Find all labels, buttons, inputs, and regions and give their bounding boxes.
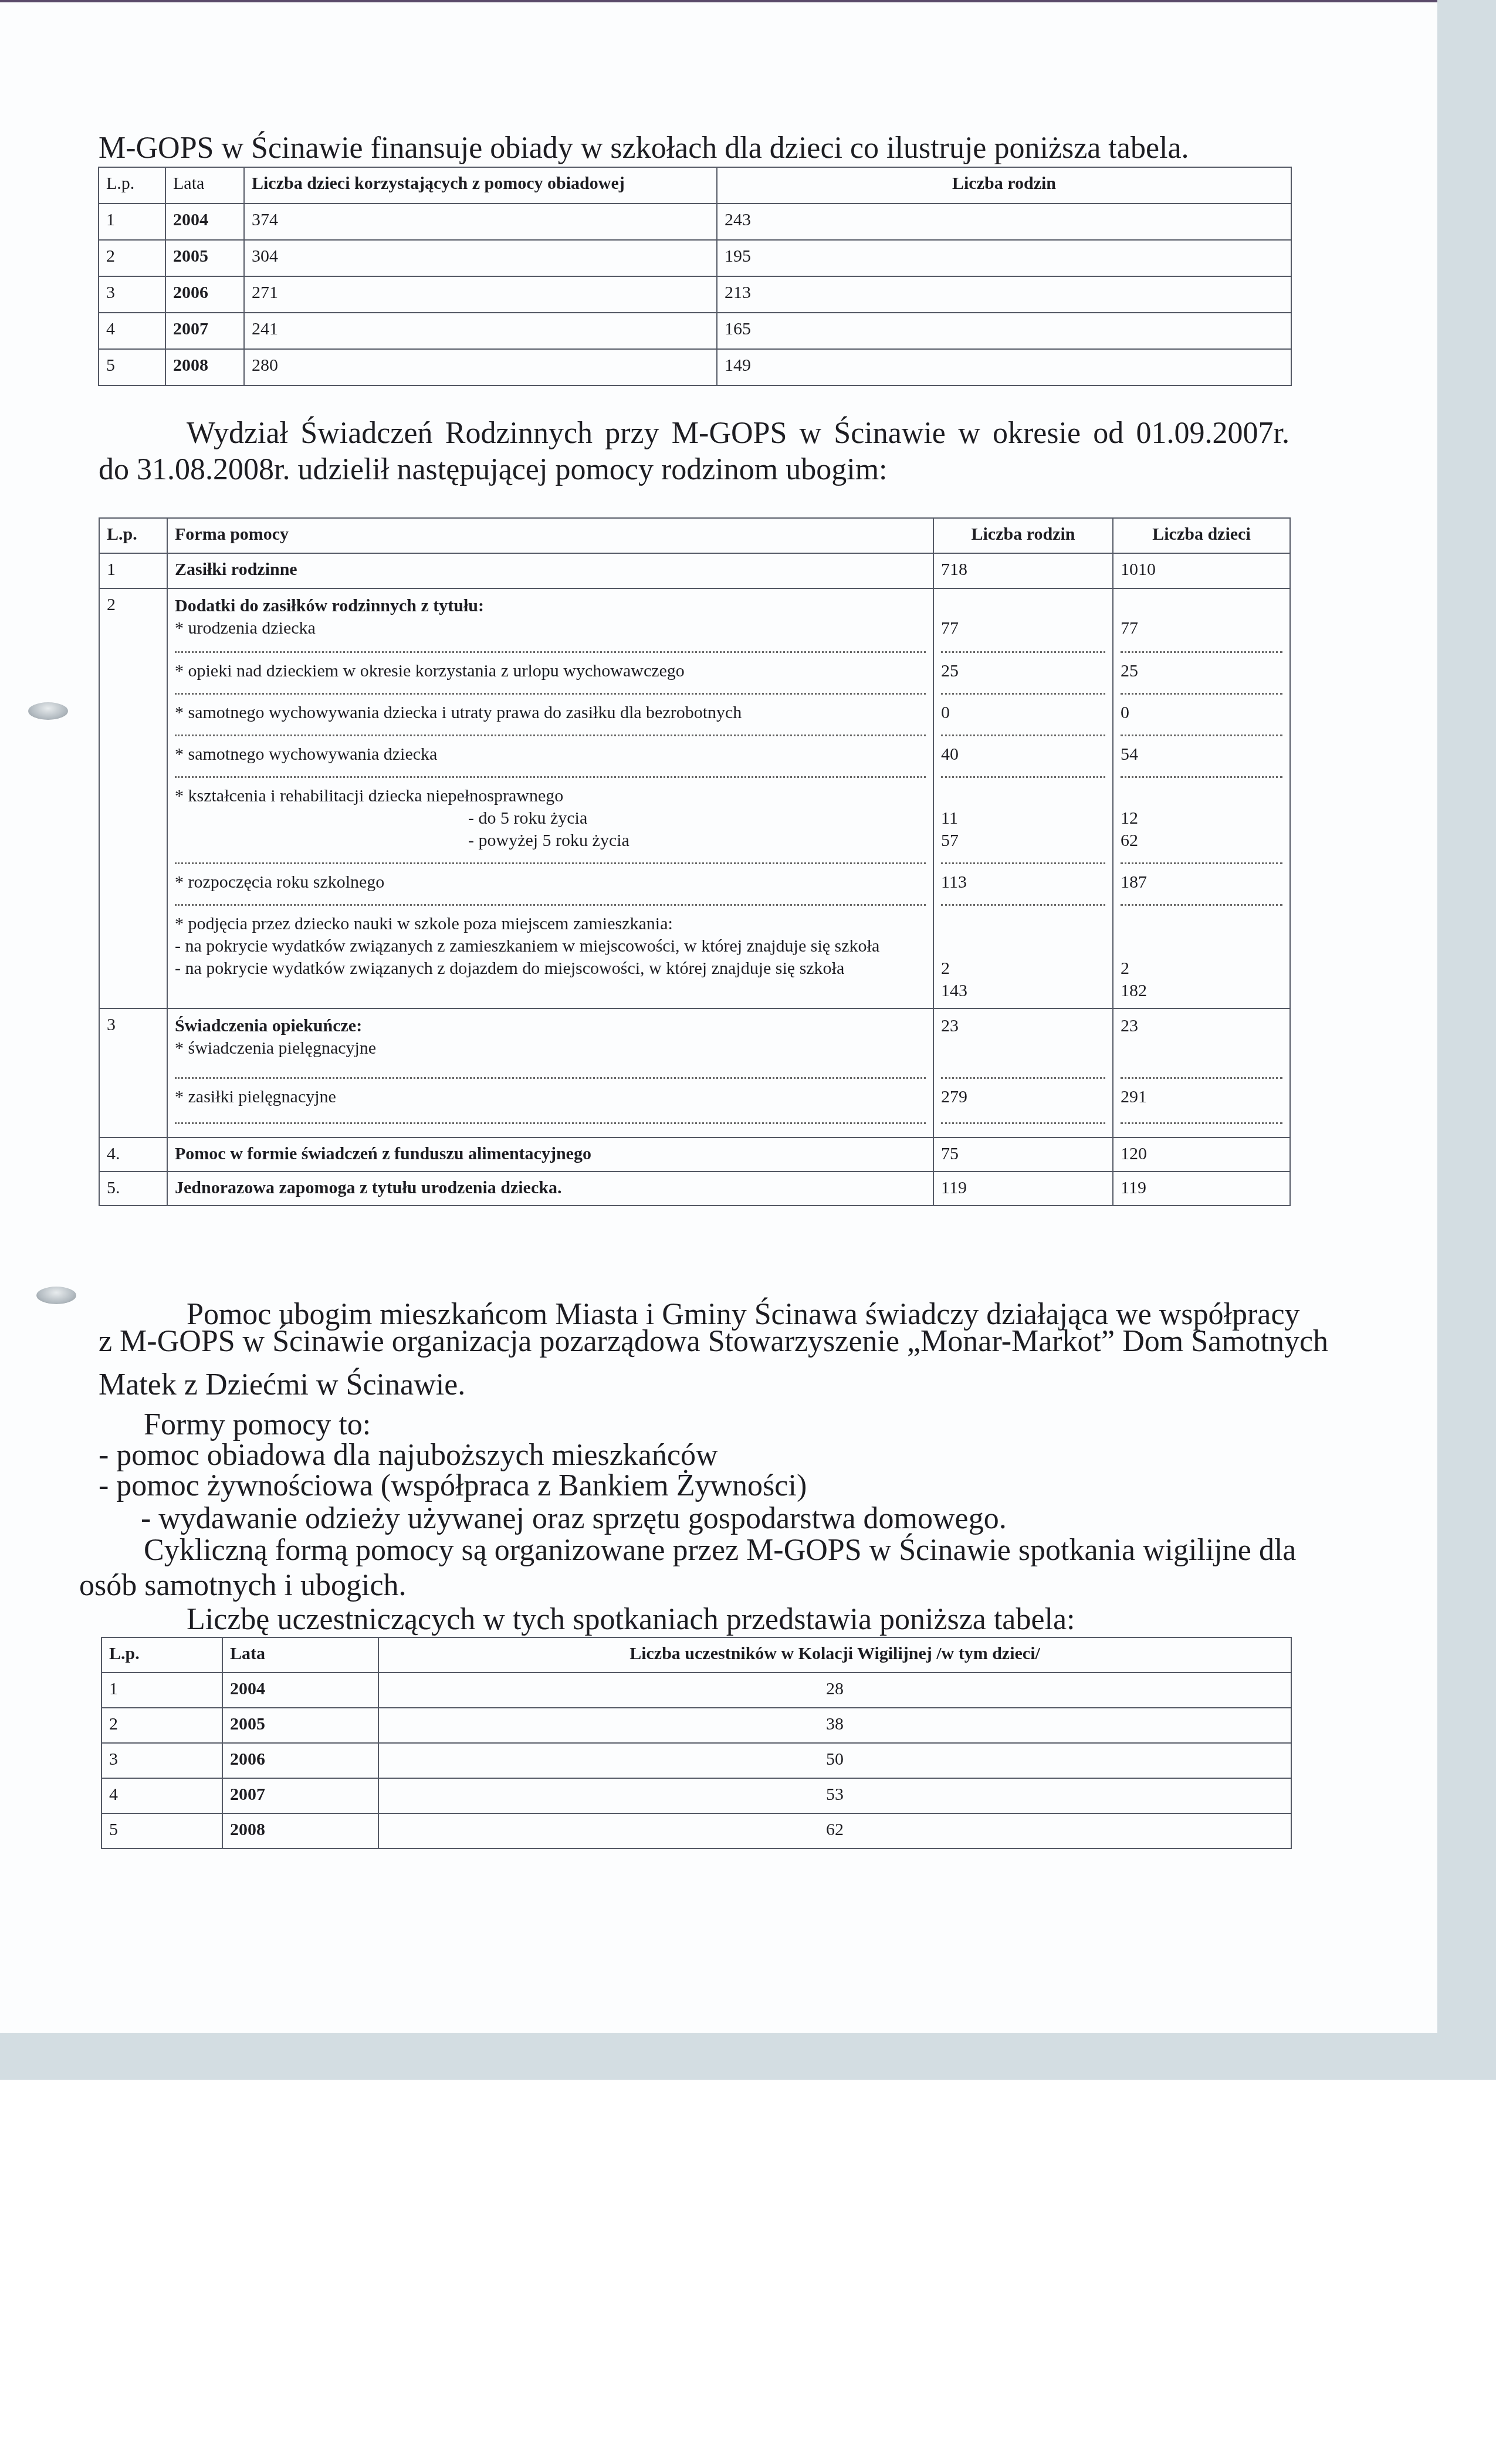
dotted-separator [941, 693, 1105, 695]
forms-item: - pomoc żywnościowa (współpraca z Bankie… [99, 1468, 807, 1504]
dotted-separator [1121, 776, 1282, 778]
cell-lp: 1 [99, 553, 167, 588]
value: 12 [1121, 807, 1282, 830]
table-row: 1 2004 374 243 [99, 204, 1291, 240]
dotted-separator [175, 1077, 926, 1079]
cell-lp: 4 [101, 1778, 222, 1813]
dotted-separator [1121, 862, 1282, 864]
cell-lp: 2 [99, 240, 165, 276]
intro-meals-text: M-GOPS w Ścinawie finansuje obiady w szk… [99, 130, 1189, 167]
header-families: Liczba rodzin [717, 167, 1291, 204]
item-sublabel: - powyżej 5 roku życia [175, 830, 926, 852]
cell-form: Dodatki do zasiłków rodzinnych z tytułu:… [167, 588, 933, 1008]
cell-families: 165 [717, 313, 1291, 349]
dotted-separator [941, 1077, 1105, 1079]
item-label: * podjęcia przez dziecko nauki w szkole … [175, 913, 926, 935]
value: 23 [941, 1015, 1105, 1037]
cell-families: 718 [933, 553, 1113, 588]
cell-year: 2005 [165, 240, 244, 276]
item-label: * samotnego wychowywania dziecka [175, 743, 926, 766]
cell-children: 119 [1113, 1172, 1290, 1206]
value: 57 [941, 830, 1105, 852]
table-header-row: L.p. Lata Liczba uczestników w Kolacji W… [101, 1637, 1291, 1673]
value: 77 [1121, 617, 1282, 639]
table-row: 1 2004 28 [101, 1673, 1291, 1708]
benefits-table: L.p. Forma pomocy Liczba rodzin Liczba d… [99, 517, 1291, 1206]
value: 187 [1121, 871, 1282, 893]
table-row: 3 Świadczenia opiekuńcze: * świadczenia … [99, 1008, 1290, 1138]
item-label: * świadczenia pielęgnacyjne [175, 1037, 926, 1060]
dotted-separator [175, 1122, 926, 1124]
cell-lp: 4. [99, 1138, 167, 1172]
header-lp: L.p. [101, 1637, 222, 1673]
cell-lp: 5 [99, 349, 165, 385]
cell-lp: 3 [99, 1008, 167, 1138]
value: 25 [941, 660, 1105, 682]
dotted-separator [175, 651, 926, 653]
cell-families: 195 [717, 240, 1291, 276]
header-children: Liczba dzieci [1113, 518, 1290, 553]
value: 0 [941, 702, 1105, 724]
table-row: 5. Jednorazowa zapomoga z tytułu urodzen… [99, 1172, 1290, 1206]
cell-families: 77 25 0 40 11 57 113 2 143 [933, 588, 1113, 1008]
ngo-para-line3: Matek z Dziećmi w Ścinawie. [99, 1367, 465, 1403]
cell-families: 149 [717, 349, 1291, 385]
ngo-para-line2: z M-GOPS w Ścinawie organizacja pozarząd… [99, 1324, 1289, 1360]
table-row: 1 Zasiłki rodzinne 718 1010 [99, 553, 1290, 588]
meals-table: L.p. Lata Liczba dzieci korzystających z… [98, 167, 1292, 386]
cell-children: 271 [244, 276, 717, 313]
cell-form: Pomoc w formie świadczeń z funduszu alim… [167, 1138, 933, 1172]
christmas-para-line2: osób samotnych i ubogich. [79, 1568, 407, 1604]
cell-children: 304 [244, 240, 717, 276]
item-label: * kształcenia i rehabilitacji dziecka ni… [175, 785, 926, 807]
cell-year: 2007 [165, 313, 244, 349]
cell-count: 53 [378, 1778, 1291, 1813]
cell-count: 62 [378, 1813, 1291, 1849]
table-row: 2 2005 38 [101, 1708, 1291, 1743]
item-sublabel: - na pokrycie wydatków związanych z zami… [175, 935, 926, 957]
header-count: Liczba uczestników w Kolacji Wigilijnej … [378, 1637, 1291, 1673]
cell-children: 374 [244, 204, 717, 240]
dotted-separator [1121, 904, 1282, 906]
value: 2 [1121, 957, 1282, 980]
value: 0 [1121, 702, 1282, 724]
table-row: 3 2006 271 213 [99, 276, 1291, 313]
dotted-separator [941, 651, 1105, 653]
forms-item: - wydawanie odzieży używanej oraz sprzęt… [141, 1501, 1007, 1537]
header-lp: L.p. [99, 167, 165, 204]
dotted-separator [941, 1122, 1105, 1124]
group-label: Świadczenia opiekuńcze: [175, 1015, 926, 1037]
dotted-separator [175, 776, 926, 778]
cell-year: 2007 [222, 1778, 378, 1813]
cell-lp: 5 [101, 1813, 222, 1849]
header-lp: L.p. [99, 518, 167, 553]
cell-children: 241 [244, 313, 717, 349]
dotted-separator [1121, 693, 1282, 695]
value: 2 [941, 957, 1105, 980]
dotted-separator [941, 862, 1105, 864]
item-sublabel: - na pokrycie wydatków związanych z doja… [175, 957, 926, 980]
cell-families: 23 279 [933, 1008, 1113, 1138]
value: 77 [941, 617, 1105, 639]
item-label: * samotnego wychowywania dziecka i utrat… [175, 702, 926, 724]
cell-lp: 4 [99, 313, 165, 349]
value: 291 [1121, 1086, 1282, 1108]
item-label: * zasiłki pielęgnacyjne [175, 1086, 926, 1108]
intro-benefits-line1: Wydział Świadczeń Rodzinnych przy M-GOPS… [99, 415, 1289, 452]
table-row: 4 2007 53 [101, 1778, 1291, 1813]
cell-children: 77 25 0 54 12 62 187 2 182 [1113, 588, 1290, 1008]
cell-children: 23 291 [1113, 1008, 1290, 1138]
christmas-para-line1: Cykliczną formą pomocy są organizowane p… [144, 1532, 1296, 1569]
cell-families: 243 [717, 204, 1291, 240]
table-row: 4. Pomoc w formie świadczeń z funduszu a… [99, 1138, 1290, 1172]
header-children: Liczba dzieci korzystających z pomocy ob… [244, 167, 717, 204]
cell-lp: 1 [99, 204, 165, 240]
value: 143 [941, 980, 1105, 1002]
cell-year: 2006 [165, 276, 244, 313]
value: 62 [1121, 830, 1282, 852]
cell-year: 2006 [222, 1743, 378, 1778]
cell-form: Zasiłki rodzinne [167, 553, 933, 588]
value: 279 [941, 1086, 1105, 1108]
intro-benefits-line2: do 31.08.2008r. udzielił następującej po… [99, 452, 888, 488]
header-form: Forma pomocy [167, 518, 933, 553]
cell-count: 28 [378, 1673, 1291, 1708]
item-label: * opieki nad dzieckiem w okresie korzyst… [175, 660, 926, 682]
dotted-separator [941, 904, 1105, 906]
dotted-separator [175, 693, 926, 695]
cell-lp: 3 [99, 276, 165, 313]
cell-count: 38 [378, 1708, 1291, 1743]
table-row: 5 2008 62 [101, 1813, 1291, 1849]
cell-lp: 2 [101, 1708, 222, 1743]
punch-hole-icon [28, 702, 68, 720]
dotted-separator [175, 862, 926, 864]
cell-families: 75 [933, 1138, 1113, 1172]
cell-year: 2008 [222, 1813, 378, 1849]
value: 182 [1121, 980, 1282, 1002]
dotted-separator [175, 904, 926, 906]
cell-year: 2008 [165, 349, 244, 385]
cell-form: Jednorazowa zapomoga z tytułu urodzenia … [167, 1172, 933, 1206]
dotted-separator [941, 735, 1105, 736]
dotted-separator [175, 735, 926, 736]
cell-year: 2004 [165, 204, 244, 240]
cell-families: 119 [933, 1172, 1113, 1206]
punch-hole-icon [36, 1287, 76, 1304]
group-label: Dodatki do zasiłków rodzinnych z tytułu: [175, 595, 926, 617]
header-year: Lata [165, 167, 244, 204]
dotted-separator [1121, 1077, 1282, 1079]
cell-form: Świadczenia opiekuńcze: * świadczenia pi… [167, 1008, 933, 1138]
item-label: * urodzenia dziecka [175, 617, 926, 639]
value: 23 [1121, 1015, 1282, 1037]
table-row: 5 2008 280 149 [99, 349, 1291, 385]
christmas-para-line3: Liczbę uczestniczących w tych spotkaniac… [187, 1602, 1075, 1638]
cell-lp: 1 [101, 1673, 222, 1708]
value: 40 [941, 743, 1105, 766]
christmas-table: L.p. Lata Liczba uczestników w Kolacji W… [101, 1637, 1292, 1849]
item-sublabel: - do 5 roku życia [175, 807, 926, 830]
cell-children: 280 [244, 349, 717, 385]
dotted-separator [941, 776, 1105, 778]
cell-year: 2004 [222, 1673, 378, 1708]
value: 113 [941, 871, 1105, 893]
table-header-row: L.p. Lata Liczba dzieci korzystających z… [99, 167, 1291, 204]
dotted-separator [1121, 735, 1282, 736]
item-label: * rozpoczęcia roku szkolnego [175, 871, 926, 893]
header-families: Liczba rodzin [933, 518, 1113, 553]
table-header-row: L.p. Forma pomocy Liczba rodzin Liczba d… [99, 518, 1290, 553]
value: 54 [1121, 743, 1282, 766]
value: 11 [941, 807, 1105, 830]
table-row: 3 2006 50 [101, 1743, 1291, 1778]
dotted-separator [1121, 1122, 1282, 1124]
cell-lp: 2 [99, 588, 167, 1008]
header-year: Lata [222, 1637, 378, 1673]
cell-children: 120 [1113, 1138, 1290, 1172]
value: 25 [1121, 660, 1282, 682]
dotted-separator [1121, 651, 1282, 653]
cell-children: 1010 [1113, 553, 1290, 588]
page-top-edge [0, 0, 1437, 2]
table-row: 4 2007 241 165 [99, 313, 1291, 349]
cell-count: 50 [378, 1743, 1291, 1778]
cell-families: 213 [717, 276, 1291, 313]
cell-lp: 3 [101, 1743, 222, 1778]
cell-year: 2005 [222, 1708, 378, 1743]
table-row: 2 Dodatki do zasiłków rodzinnych z tytuł… [99, 588, 1290, 1008]
table-row: 2 2005 304 195 [99, 240, 1291, 276]
cell-lp: 5. [99, 1172, 167, 1206]
